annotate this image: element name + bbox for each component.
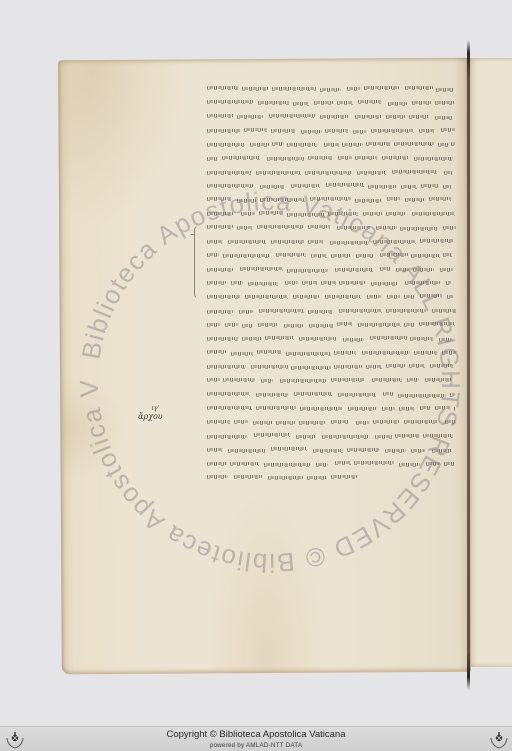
manuscript-line	[207, 415, 459, 429]
manuscript-line	[207, 82, 459, 96]
marginal-note-text: ἄρχου	[138, 412, 163, 421]
manuscript-line	[207, 457, 459, 471]
manuscript-line	[207, 124, 459, 138]
manuscript-line	[207, 346, 459, 360]
manuscript-line	[207, 207, 459, 221]
manuscript-line	[207, 221, 459, 235]
manuscript-line	[207, 179, 459, 193]
manuscript-line	[207, 193, 459, 207]
marginal-note: ιγ' ἄρχου	[138, 405, 163, 421]
manuscript-line	[207, 151, 459, 165]
manuscript-line	[207, 443, 459, 457]
image-viewer[interactable]: ιγ' ἄρχου Biblioteca Apostolica Vaticana…	[0, 0, 512, 726]
manuscript-line	[207, 360, 459, 374]
manuscript-line	[207, 110, 459, 124]
vatican-library-crest-icon	[488, 729, 510, 751]
marginal-bracket-mark	[194, 226, 199, 298]
manuscript-line	[207, 471, 459, 485]
manuscript-line	[207, 401, 459, 415]
manuscript-line	[207, 235, 459, 249]
footer-bar: Copyright © Biblioteca Apostolica Vatica…	[0, 726, 512, 751]
manuscript-text-block	[207, 82, 459, 485]
manuscript-line	[207, 374, 459, 388]
manuscript-line	[207, 318, 459, 332]
manuscript-line	[207, 276, 459, 290]
manuscript-line	[207, 263, 459, 277]
manuscript-line	[207, 249, 459, 263]
manuscript-line	[207, 429, 459, 443]
book-spine	[467, 40, 470, 690]
manuscript-line	[207, 388, 459, 402]
manuscript-line	[207, 165, 459, 179]
powered-by-text: powered by AMLAD-NTT DATA	[0, 742, 512, 749]
manuscript-line	[207, 304, 459, 318]
manuscript-line	[207, 96, 459, 110]
copyright-text: Copyright © Biblioteca Apostolica Vatica…	[0, 729, 512, 740]
facing-page-right	[470, 58, 512, 667]
manuscript-line	[207, 332, 459, 346]
manuscript-line	[207, 290, 459, 304]
manuscript-line	[207, 138, 459, 152]
